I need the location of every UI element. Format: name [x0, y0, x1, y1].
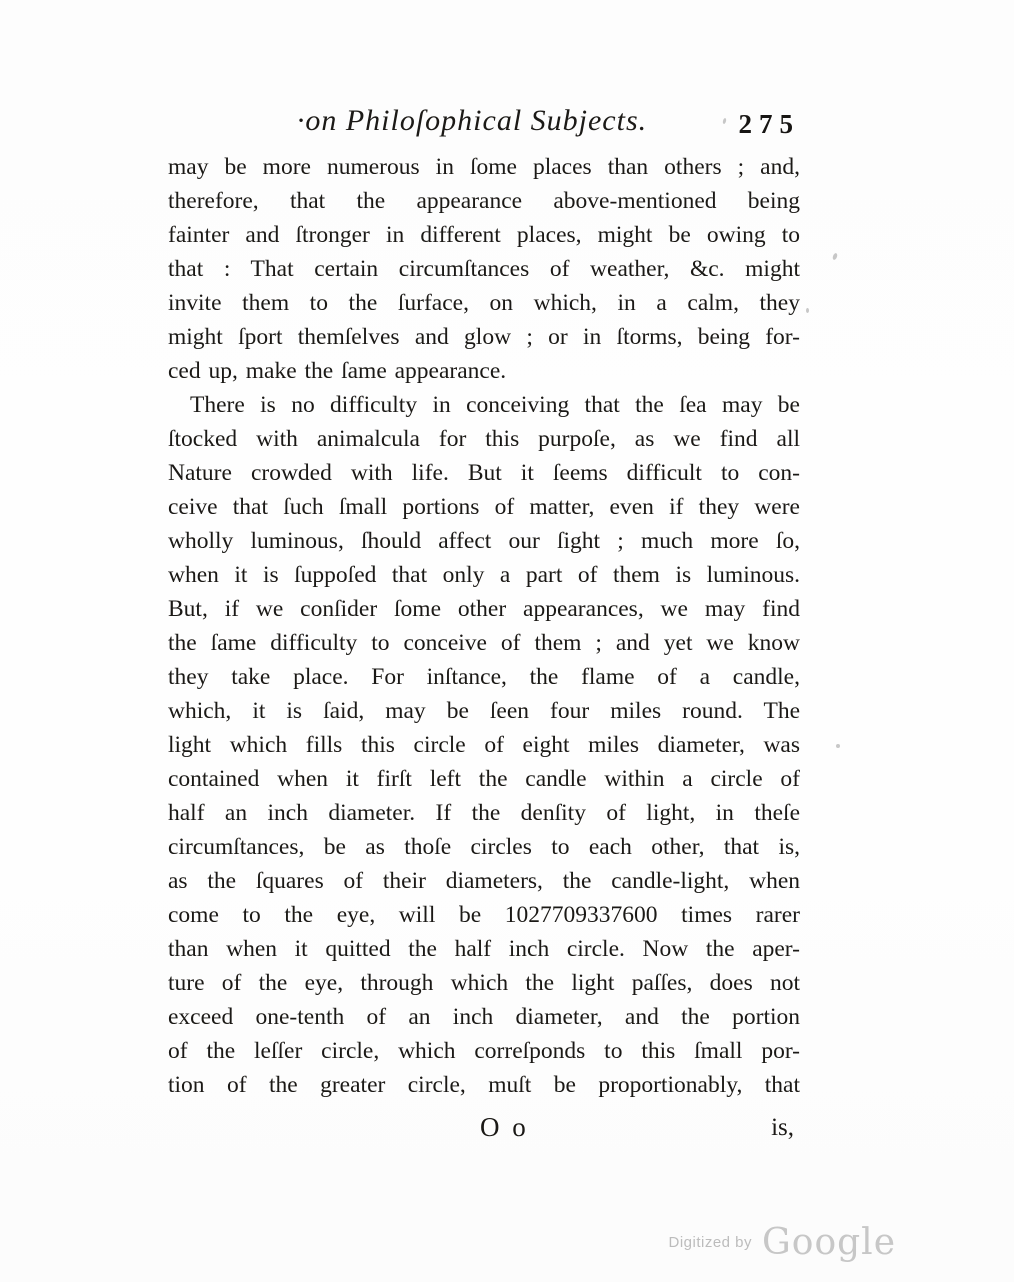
- catchword: is,: [771, 1114, 794, 1142]
- running-head-title: ·on Philoſophical Subjects.: [156, 104, 788, 138]
- scan-speck: [832, 253, 838, 261]
- text-line: tion of the greater circle, muſt be prop…: [168, 1068, 800, 1102]
- text-line: might ſport themſelves and glow ; or in …: [168, 320, 800, 354]
- text-line: ſtocked with animalcula for this purpoſe…: [168, 422, 800, 456]
- text-line: therefore, that the appearance above-men…: [168, 184, 800, 218]
- text-column: ·on Philoſophical Subjects. 275 may be m…: [168, 104, 800, 150]
- text-line: when it is ſuppoſed that only a part of …: [168, 558, 800, 592]
- text-line: may be more numerous in ſome places than…: [168, 150, 800, 184]
- running-head: ·on Philoſophical Subjects. 275: [168, 104, 800, 150]
- book-page-scan: ·on Philoſophical Subjects. 275 may be m…: [0, 0, 1014, 1282]
- text-line: that : That certain circumſtances of wea…: [168, 252, 800, 286]
- text-line: There is no difficulty in conceiving tha…: [168, 388, 800, 422]
- text-line: than when it quitted the half inch circl…: [168, 932, 800, 966]
- watermark-prefix: Digitized by: [668, 1234, 752, 1251]
- scan-speck: [806, 308, 809, 313]
- text-line: come to the eye, will be 1027709337600 t…: [168, 898, 800, 932]
- text-line: they take place. For inſtance, the flame…: [168, 660, 800, 694]
- text-line: wholly luminous, ſhould affect our ſight…: [168, 524, 800, 558]
- text-line: Nature crowded with life. But it ſeems d…: [168, 456, 800, 490]
- text-line: light which fills this circle of eight m…: [168, 728, 800, 762]
- text-line: ced up, make the ſame appearance.: [168, 354, 800, 388]
- text-line: fainter and ſtronger in different places…: [168, 218, 800, 252]
- text-line: of the leſſer circle, which correſponds …: [168, 1034, 800, 1068]
- text-line: the ſame difficulty to conceive of them …: [168, 626, 800, 660]
- signature-mark: O o: [480, 1112, 528, 1143]
- text-line: ture of the eye, through which the light…: [168, 966, 800, 1000]
- text-line: contained when it firſt left the candle …: [168, 762, 800, 796]
- digitized-by-google-watermark: Digitized by Google: [668, 1222, 896, 1263]
- text-line: ceive that ſuch ſmall portions of matter…: [168, 490, 800, 524]
- text-line: But, if we conſider ſome other appearanc…: [168, 592, 800, 626]
- text-line: half an inch diameter. If the denſity of…: [168, 796, 800, 830]
- text-line: exceed one-tenth of an inch diameter, an…: [168, 1000, 800, 1034]
- google-logo: Google: [762, 1222, 896, 1263]
- scan-speck: [836, 744, 840, 748]
- signature-row: O o is,: [168, 1112, 800, 1146]
- text-line: which, it is ſaid, may be ſeen four mile…: [168, 694, 800, 728]
- body-text: may be more numerous in ſome places than…: [168, 150, 800, 1102]
- text-line: as the ſquares of their diameters, the c…: [168, 864, 800, 898]
- text-line: invite them to the ſurface, on which, in…: [168, 286, 800, 320]
- page-number: 275: [739, 109, 801, 140]
- text-line: circumſtances, be as thoſe circles to ea…: [168, 830, 800, 864]
